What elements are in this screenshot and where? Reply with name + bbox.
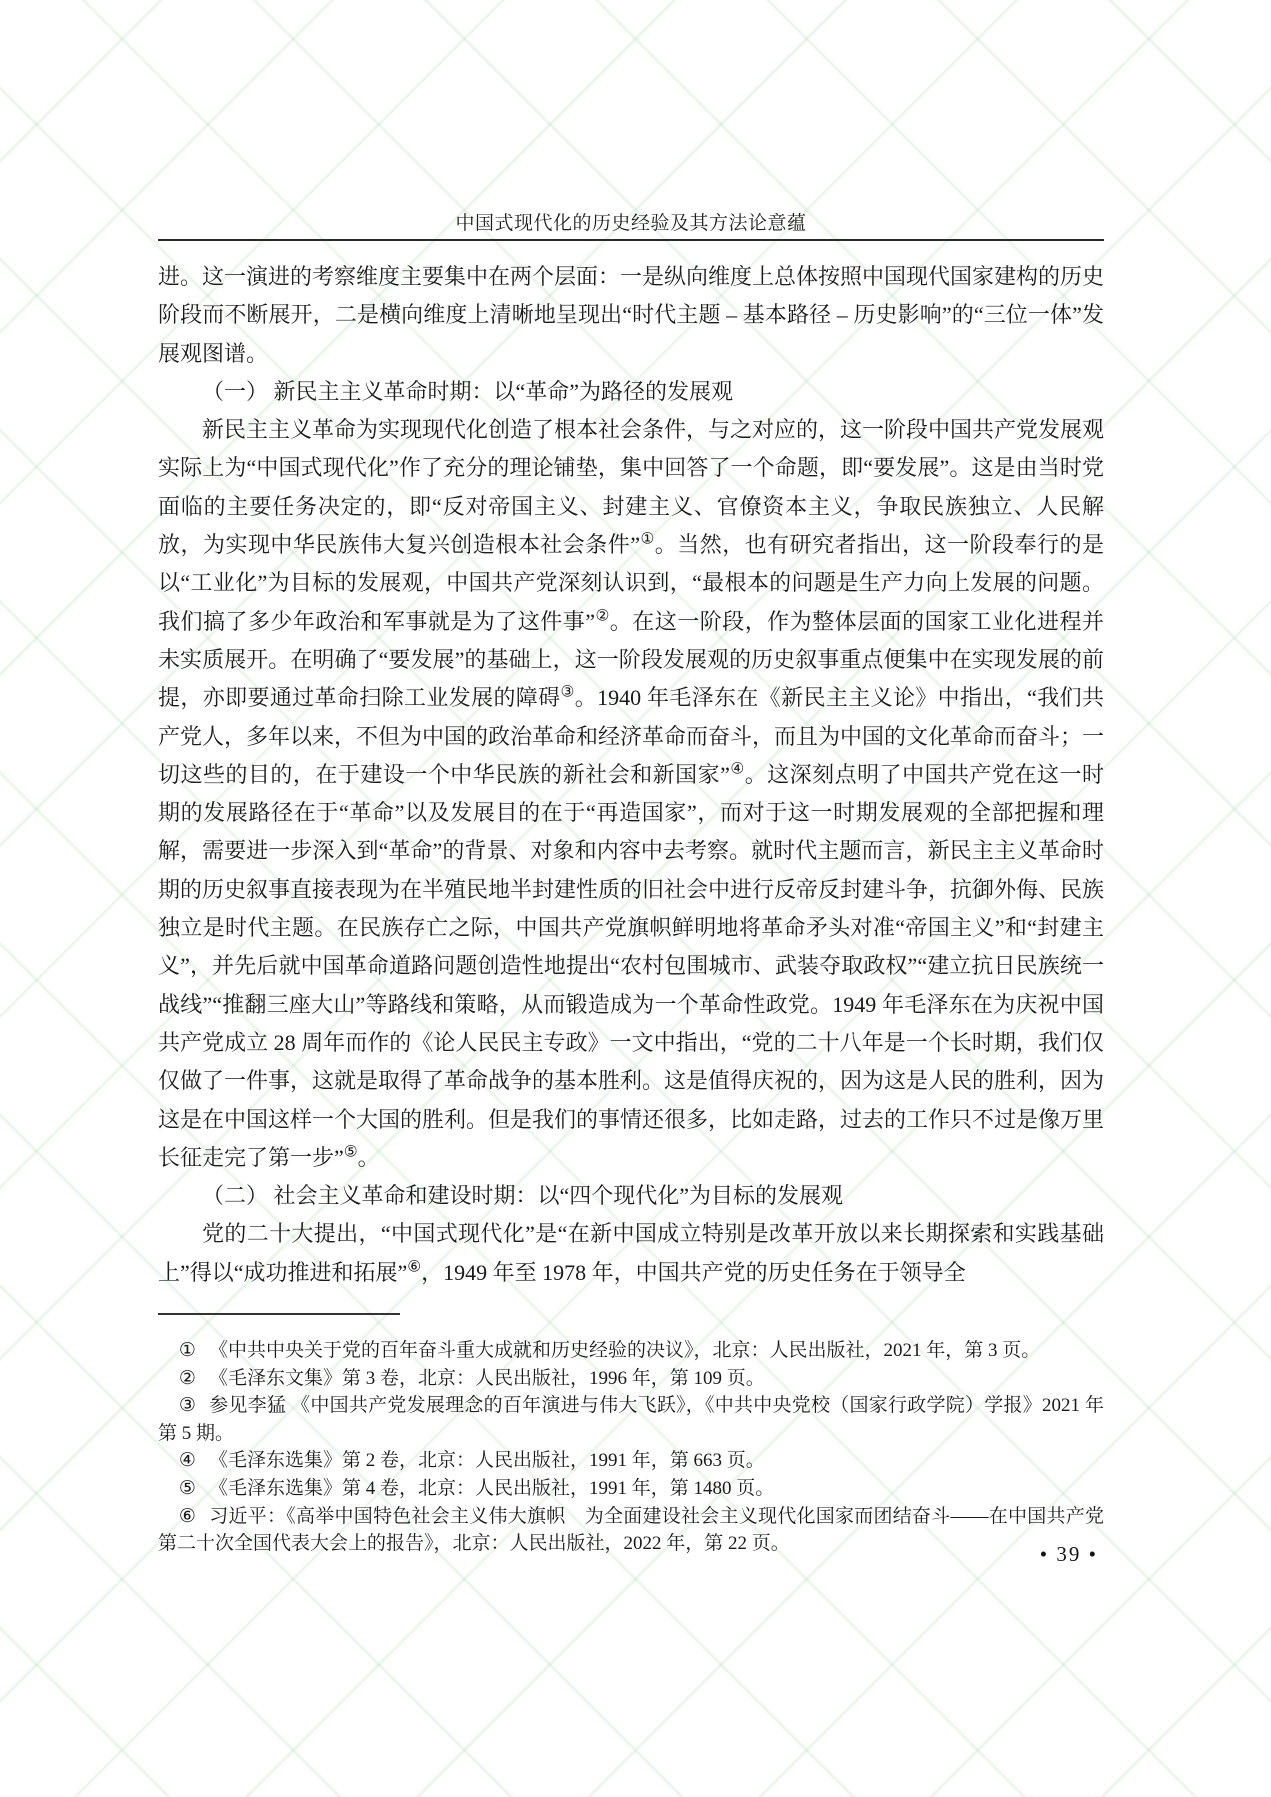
footnote-item: ②《毛泽东文集》第 3 卷，北京：人民出版社，1996 年，第 109 页。 xyxy=(158,1365,1104,1393)
header-divider xyxy=(158,239,1104,241)
section-heading: （一） 新民主主义革命时期：以“革命”为路径的发展观 xyxy=(158,373,1104,411)
footnote-marker: ① xyxy=(179,1340,196,1361)
body-paragraph: 进。这一演进的考察维度主要集中在两个层面：一是纵向维度上总体按照中国现代国家建构… xyxy=(158,258,1104,373)
footnote-text: 《中共中央关于党的百年奋斗重大成就和历史经验的决议》，北京：人民出版社，2021… xyxy=(209,1340,1040,1361)
article-body: 进。这一演进的考察维度主要集中在两个层面：一是纵向维度上总体按照中国现代国家建构… xyxy=(158,258,1104,1292)
footnote-item: ⑤《毛泽东选集》第 4 卷，北京：人民出版社，1991 年，第 1480 页。 xyxy=(158,1475,1104,1503)
footnote-item: ①《中共中央关于党的百年奋斗重大成就和历史经验的决议》，北京：人民出版社，202… xyxy=(158,1337,1104,1365)
footnote-text: 《毛泽东选集》第 4 卷，北京：人民出版社，1991 年，第 1480 页。 xyxy=(209,1478,774,1499)
footnote-item: ④《毛泽东选集》第 2 卷，北京：人民出版社，1991 年，第 663 页。 xyxy=(158,1447,1104,1475)
section-heading: （二） 社会主义革命和建设时期：以“四个现代化”为目标的发展观 xyxy=(158,1177,1104,1215)
page-number: • 39 • xyxy=(158,1542,1098,1567)
footnote-marker: ④ xyxy=(179,1450,196,1471)
footnote-marker: ⑥ xyxy=(179,1506,196,1527)
footnote-marker: ② xyxy=(179,1368,196,1389)
footnote-divider xyxy=(158,1313,400,1315)
page-header-title: 中国式现代化的历史经验及其方法论意蕴 xyxy=(158,208,1104,235)
footnote-marker: ⑤ xyxy=(179,1478,196,1499)
document-page: { "page": { "header_title": "中国式现代化的历史经验… xyxy=(0,0,1271,1797)
footnote-text: 《毛泽东文集》第 3 卷，北京：人民出版社，1996 年，第 109 页。 xyxy=(209,1368,765,1389)
footnote-marker: ③ xyxy=(179,1395,196,1416)
footnote-item: ③参见李猛 《中国共产党发展理念的百年演进与伟大飞跃》，《中共中央党校（国家行政… xyxy=(158,1392,1104,1447)
body-paragraph: 党的二十大提出，“中国式现代化”是“在新中国成立特别是改革开放以来长期探索和实践… xyxy=(158,1215,1104,1292)
footnotes-section: ①《中共中央关于党的百年奋斗重大成就和历史经验的决议》，北京：人民出版社，202… xyxy=(158,1337,1104,1558)
body-paragraph: 新民主主义革命为实现现代化创造了根本社会条件，与之对应的，这一阶段中国共产党发展… xyxy=(158,411,1104,1177)
footnote-text: 《毛泽东选集》第 2 卷，北京：人民出版社，1991 年，第 663 页。 xyxy=(209,1450,765,1471)
footnote-text: 参见李猛 《中国共产党发展理念的百年演进与伟大飞跃》，《中共中央党校（国家行政学… xyxy=(158,1395,1104,1444)
